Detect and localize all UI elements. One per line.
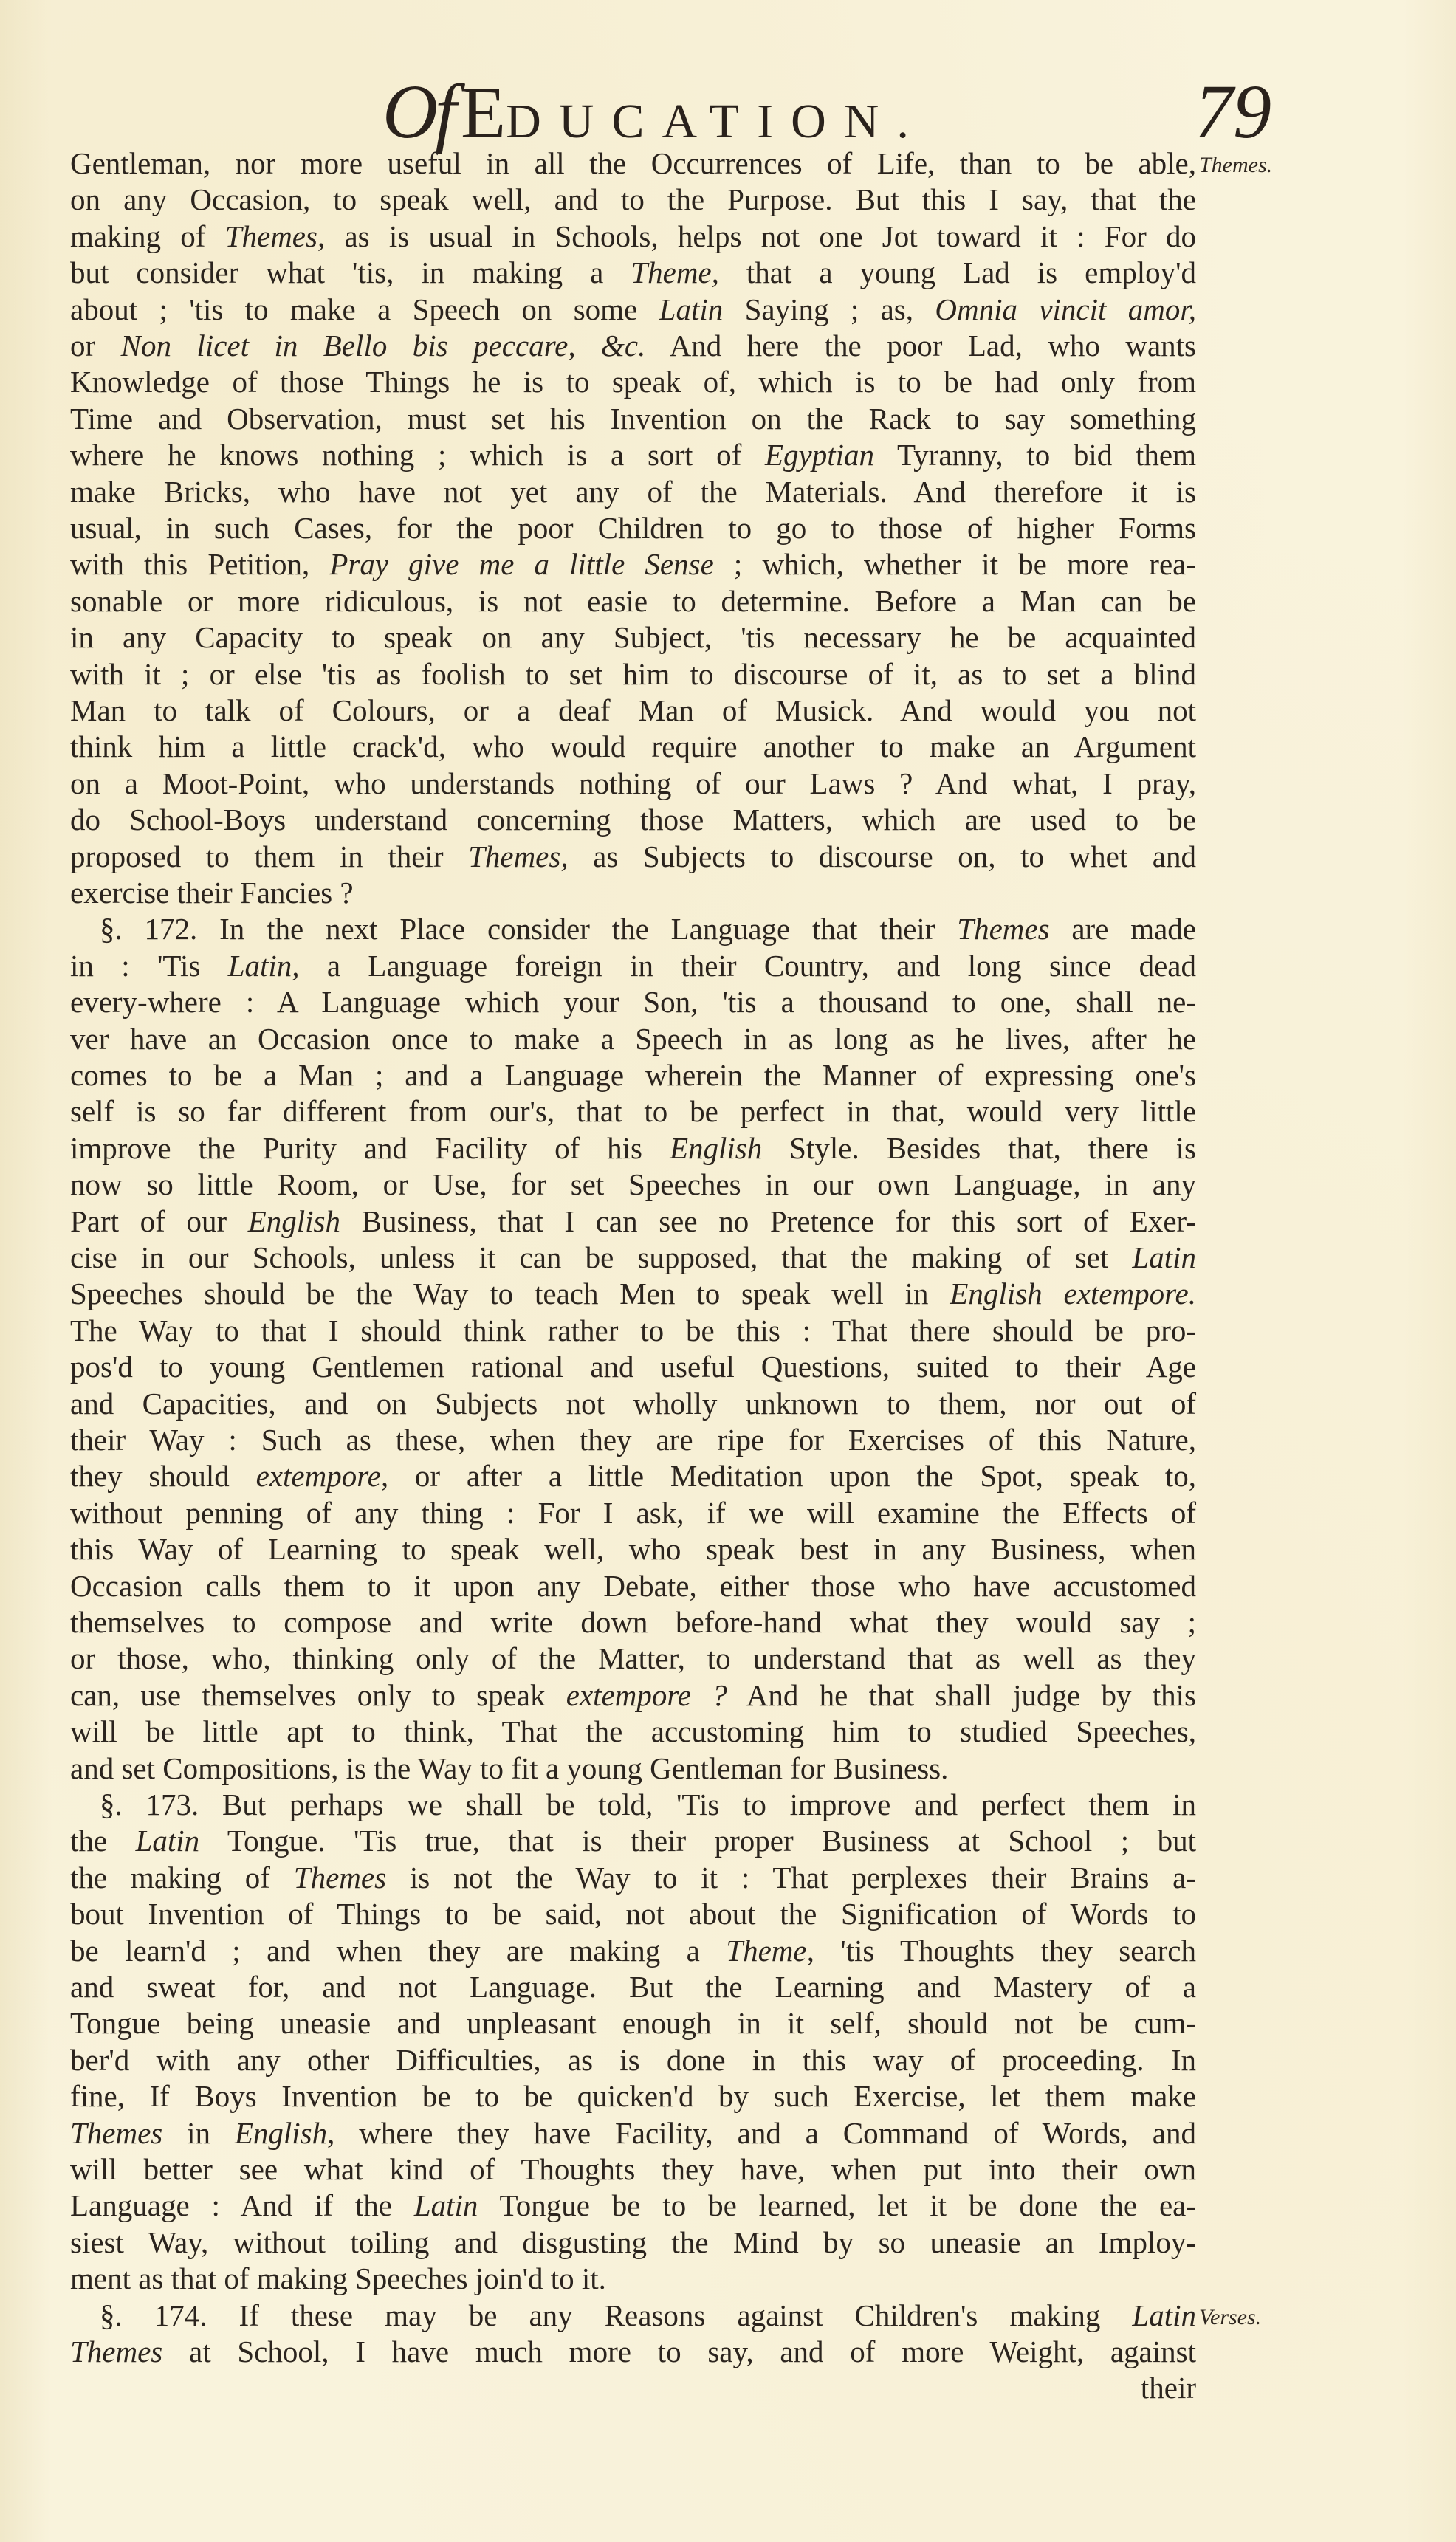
text-run: and sweat for, and not Language. But the… <box>70 1970 1196 2004</box>
text-line: and sweat for, and not Language. But the… <box>70 1968 1196 2005</box>
book-page: OfEDUCATION. 79 Gentleman, nor more usef… <box>0 0 1456 2542</box>
italic-text: Theme, <box>631 255 719 289</box>
italic-text: English <box>248 1204 340 1238</box>
text-run: and set Compositions, is the Way to fit … <box>70 1751 948 1785</box>
text-run: be learn'd ; and when they are making a <box>70 1934 726 1968</box>
italic-text: English <box>670 1131 762 1165</box>
text-line: Part of our English Business, that I can… <box>70 1203 1196 1240</box>
text-line: but consider what 'tis, in making a Them… <box>70 254 1196 291</box>
text-run: self is so far different from our's, tha… <box>70 1094 1196 1128</box>
text-line: ber'd with any other Difficulties, as is… <box>70 2041 1196 2078</box>
text-run: will be little apt to think, That the ac… <box>70 1714 1196 1748</box>
text-line: and set Compositions, is the Way to fit … <box>70 1750 1196 1787</box>
text-line: §. 174. If these may be any Reasons agai… <box>70 2297 1196 2334</box>
text-run: sonable or more ridiculous, is not easie… <box>70 584 1196 618</box>
text-line: fine, If Boys Invention be to be quicken… <box>70 2078 1196 2115</box>
text-run: Time and Observation, must set his Inven… <box>70 402 1196 436</box>
text-line: every-where : A Language which your Son,… <box>70 983 1196 1020</box>
running-head: OfEDUCATION. <box>382 68 927 149</box>
text-run: in <box>162 2116 235 2150</box>
text-run: §. 173. But perhaps we shall be told, 'T… <box>100 1787 1196 1821</box>
text-line: self is so far different from our's, tha… <box>70 1093 1196 1130</box>
text-run: ment as that of making Speeches join'd t… <box>70 2261 606 2295</box>
text-line: usual, in such Cases, for the poor Child… <box>70 509 1196 546</box>
text-run: as is usual in Schools, helps not one Jo… <box>325 219 1196 253</box>
italic-text: Latin <box>414 2188 478 2222</box>
text-run: with it ; or else 'tis as foolish to set… <box>70 657 1196 691</box>
text-line: Man to talk of Colours, or a deaf Man of… <box>70 692 1196 729</box>
text-run: pos'd to young Gentlemen rational and us… <box>70 1350 1196 1384</box>
text-run: proposed to them in their <box>70 839 468 873</box>
text-line: cise in our Schools, unless it can be su… <box>70 1239 1196 1276</box>
text-line: where he knows nothing ; which is a sort… <box>70 436 1196 473</box>
italic-text: Themes <box>957 912 1049 946</box>
text-run: Man to talk of Colours, or a deaf Man of… <box>70 693 1196 727</box>
text-run: their <box>1141 2371 1196 2405</box>
text-run: Tyranny, to bid them <box>874 438 1196 472</box>
text-run: about ; 'tis to make a Speech on some <box>70 292 659 326</box>
text-line: on a Moot-Point, who understands nothing… <box>70 765 1196 802</box>
italic-text: Themes <box>294 1861 386 1895</box>
text-run: but consider what 'tis, in making a <box>70 255 631 289</box>
text-line: this Way of Learning to speak well, who … <box>70 1531 1196 1567</box>
text-line: exercise their Fancies ? <box>70 874 1196 911</box>
text-line: The Way to that I should think rather to… <box>70 1312 1196 1349</box>
text-line: bout Invention of Things to be said, not… <box>70 1895 1196 1932</box>
text-run: Tongue being uneasie and unpleasant enou… <box>70 2006 1196 2040</box>
text-run: Tongue. 'Tis true, that is their proper … <box>199 1824 1196 1858</box>
text-run: exercise their Fancies ? <box>70 876 354 910</box>
text-run: Gentleman, nor more useful in all the Oc… <box>70 146 1196 180</box>
text-line: can, use themselves only to speak extemp… <box>70 1677 1196 1714</box>
text-run: that a young Lad is employ'd <box>719 255 1196 289</box>
italic-text: Theme, <box>726 1934 814 1968</box>
text-run: The Way to that I should think rather to… <box>70 1313 1196 1347</box>
text-run: on a Moot-Point, who understands nothing… <box>70 766 1196 800</box>
running-head-of: Of <box>382 69 453 154</box>
text-run: are made <box>1050 912 1196 946</box>
text-line: pos'd to young Gentlemen rational and us… <box>70 1348 1196 1385</box>
text-line: be learn'd ; and when they are making a … <box>70 1932 1196 1969</box>
text-run: in any Capacity to speak on any Subject,… <box>70 620 1196 654</box>
text-run: at School, I have much more to say, and … <box>162 2335 1196 2368</box>
text-run: is not the Way to it : That perplexes th… <box>386 1861 1196 1895</box>
text-run: Part of our <box>70 1204 248 1238</box>
text-line: Gentleman, nor more useful in all the Oc… <box>70 145 1196 182</box>
text-run: Business, that I can see no Pretence for… <box>340 1204 1196 1238</box>
text-run: And here the poor Lad, who wants <box>645 329 1196 363</box>
text-line: on any Occasion, to speak well, and to t… <box>70 181 1196 218</box>
text-line: sonable or more ridiculous, is not easie… <box>70 583 1196 619</box>
text-run: ber'd with any other Difficulties, as is… <box>70 2043 1196 2077</box>
text-run: they should <box>70 1459 256 1493</box>
text-run: can, use themselves only to speak <box>70 1678 566 1712</box>
text-run: §. 172. In the next Place consider the L… <box>100 912 957 946</box>
text-line: siest Way, without toiling and disgustin… <box>70 2224 1196 2261</box>
text-line: in any Capacity to speak on any Subject,… <box>70 619 1196 656</box>
text-run: usual, in such Cases, for the poor Child… <box>70 511 1196 545</box>
text-line: and Capacities, and on Subjects not whol… <box>70 1385 1196 1422</box>
text-run: Speeches should be the Way to teach Men … <box>70 1277 950 1310</box>
text-line: ment as that of making Speeches join'd t… <box>70 2260 1196 2297</box>
page-number: 79 <box>1195 74 1271 151</box>
text-line: do School-Boys understand concerning tho… <box>70 801 1196 838</box>
italic-text: Non licet in Bello bis peccare, &c. <box>121 329 646 363</box>
text-line: themselves to compose and write down bef… <box>70 1604 1196 1641</box>
text-run: the <box>70 1824 136 1858</box>
text-line: will be little apt to think, That the ac… <box>70 1713 1196 1750</box>
text-line: ver have an Occasion once to make a Spee… <box>70 1020 1196 1057</box>
text-run: make Bricks, who have not yet any of the… <box>70 475 1196 509</box>
text-run: as Subjects to discourse on, to whet and <box>569 839 1196 873</box>
running-head-initial: E <box>461 72 506 154</box>
text-run: Language : And if the <box>70 2188 414 2222</box>
text-line: think him a little crack'd, who would re… <box>70 728 1196 765</box>
text-line: now so little Room, or Use, for set Spee… <box>70 1166 1196 1203</box>
text-line: improve the Purity and Facility of his E… <box>70 1130 1196 1167</box>
margin-note: Verses. <box>1199 2303 1261 2332</box>
text-line: their Way : Such as these, when they are… <box>70 1421 1196 1458</box>
text-run: ver have an Occasion once to make a Spee… <box>70 1022 1196 1056</box>
text-run: Knowledge of those Things he is to speak… <box>70 365 1196 399</box>
text-line: will better see what kind of Thoughts th… <box>70 2151 1196 2188</box>
italic-text: Latin <box>1132 2298 1196 2332</box>
text-line: make Bricks, who have not yet any of the… <box>70 473 1196 510</box>
italic-text: English, <box>235 2116 335 2150</box>
text-run: comes to be a Man ; and a Language where… <box>70 1058 1196 1092</box>
text-run: Saying ; as, <box>723 292 935 326</box>
text-run: 'tis Thoughts they search <box>814 1934 1196 1968</box>
text-line: Knowledge of those Things he is to speak… <box>70 363 1196 400</box>
text-line: Speeches should be the Way to teach Men … <box>70 1275 1196 1312</box>
text-run: ; which, whether it be more rea- <box>714 547 1196 581</box>
text-line: Themes in English, where they have Facil… <box>70 2115 1196 2151</box>
text-run: the making of <box>70 1861 294 1895</box>
text-run: with this Petition, <box>70 547 329 581</box>
text-line: comes to be a Man ; and a Language where… <box>70 1057 1196 1093</box>
text-line: Time and Observation, must set his Inven… <box>70 400 1196 437</box>
text-line: in : 'Tis Latin, a Language foreign in t… <box>70 947 1196 984</box>
text-run: in : 'Tis <box>70 949 228 983</box>
text-run: where they have Facility, and a Command … <box>334 2116 1196 2150</box>
text-line: §. 172. In the next Place consider the L… <box>70 910 1196 947</box>
text-line: their <box>70 2369 1196 2406</box>
text-run: §. 174. If these may be any Reasons agai… <box>100 2298 1132 2332</box>
italic-text: Themes <box>70 2335 162 2368</box>
text-line: making of Themes, as is usual in Schools… <box>70 218 1196 255</box>
text-line: about ; 'tis to make a Speech on some La… <box>70 291 1196 328</box>
italic-text: English extempore. <box>950 1277 1196 1310</box>
italic-text: Pray give me a little Sense <box>329 547 713 581</box>
text-run: a Language foreign in their Country, and… <box>300 949 1196 983</box>
text-run: or <box>70 329 121 363</box>
text-run: making of <box>70 219 225 253</box>
text-line: Themes at School, I have much more to sa… <box>70 2333 1196 2370</box>
italic-text: Latin <box>1132 1240 1196 1274</box>
text-run: cise in our Schools, unless it can be su… <box>70 1240 1132 1274</box>
text-run: will better see what kind of Thoughts th… <box>70 2152 1196 2186</box>
text-run: this Way of Learning to speak well, who … <box>70 1532 1196 1566</box>
text-run: fine, If Boys Invention be to be quicken… <box>70 2079 1196 2113</box>
text-run: improve the Purity and Facility of his <box>70 1131 670 1165</box>
text-run: bout Invention of Things to be said, not… <box>70 1897 1196 1931</box>
text-run: where he knows nothing ; which is a sort… <box>70 438 765 472</box>
text-run: every-where : A Language which your Son,… <box>70 985 1196 1019</box>
italic-text: Egyptian <box>765 438 874 472</box>
text-run: on any Occasion, to speak well, and to t… <box>70 182 1196 216</box>
running-head-small-caps: DUCATION. <box>506 95 927 148</box>
text-line: Occasion calls them to it upon any Debat… <box>70 1567 1196 1604</box>
text-line: or Non licet in Bello bis peccare, &c. A… <box>70 327 1196 364</box>
text-line: the making of Themes is not the Way to i… <box>70 1859 1196 1896</box>
text-line: §. 173. But perhaps we shall be told, 'T… <box>70 1786 1196 1823</box>
italic-text: Themes <box>70 2116 162 2150</box>
text-line: proposed to them in their Themes, as Sub… <box>70 838 1196 875</box>
text-run: Occasion calls them to it upon any Debat… <box>70 1569 1196 1603</box>
text-line: with this Petition, Pray give me a littl… <box>70 546 1196 583</box>
text-run: without penning of any thing : For I ask… <box>70 1496 1196 1530</box>
italic-text: Themes, <box>225 219 326 253</box>
text-run: And he that shall judge by this <box>727 1678 1196 1712</box>
text-line: Tongue being uneasie and unpleasant enou… <box>70 2005 1196 2041</box>
text-run: Tongue be to be learned, let it be done … <box>478 2188 1196 2222</box>
text-run: and Capacities, and on Subjects not whol… <box>70 1387 1196 1421</box>
text-line: without penning of any thing : For I ask… <box>70 1494 1196 1531</box>
italic-text: Themes, <box>468 839 569 873</box>
italic-text: extempore, <box>256 1459 388 1493</box>
text-line: or those, who, thinking only of the Matt… <box>70 1640 1196 1677</box>
italic-text: Latin, <box>228 949 300 983</box>
text-run: think him a little crack'd, who would re… <box>70 729 1196 763</box>
text-run: do School-Boys understand concerning tho… <box>70 803 1196 837</box>
text-line: Language : And if the Latin Tongue be to… <box>70 2187 1196 2224</box>
text-run: themselves to compose and write down bef… <box>70 1605 1196 1639</box>
margin-note: Themes. <box>1199 151 1272 180</box>
text-line: the Latin Tongue. 'Tis true, that is the… <box>70 1822 1196 1859</box>
text-run: their Way : Such as these, when they are… <box>70 1423 1196 1457</box>
italic-text: Latin <box>659 292 724 326</box>
italic-text: Omnia vincit amor, <box>935 292 1196 326</box>
text-line: they should extempore, or after a little… <box>70 1457 1196 1494</box>
italic-text: Latin <box>136 1824 200 1858</box>
text-run: or those, who, thinking only of the Matt… <box>70 1641 1196 1675</box>
text-run: siest Way, without toiling and disgustin… <box>70 2225 1196 2259</box>
text-run: now so little Room, or Use, for set Spee… <box>70 1167 1196 1201</box>
text-run: or after a little Meditation upon the Sp… <box>388 1459 1196 1493</box>
text-line: with it ; or else 'tis as foolish to set… <box>70 656 1196 693</box>
italic-text: extempore ? <box>566 1678 727 1712</box>
text-run: Style. Besides that, there is <box>762 1131 1196 1165</box>
